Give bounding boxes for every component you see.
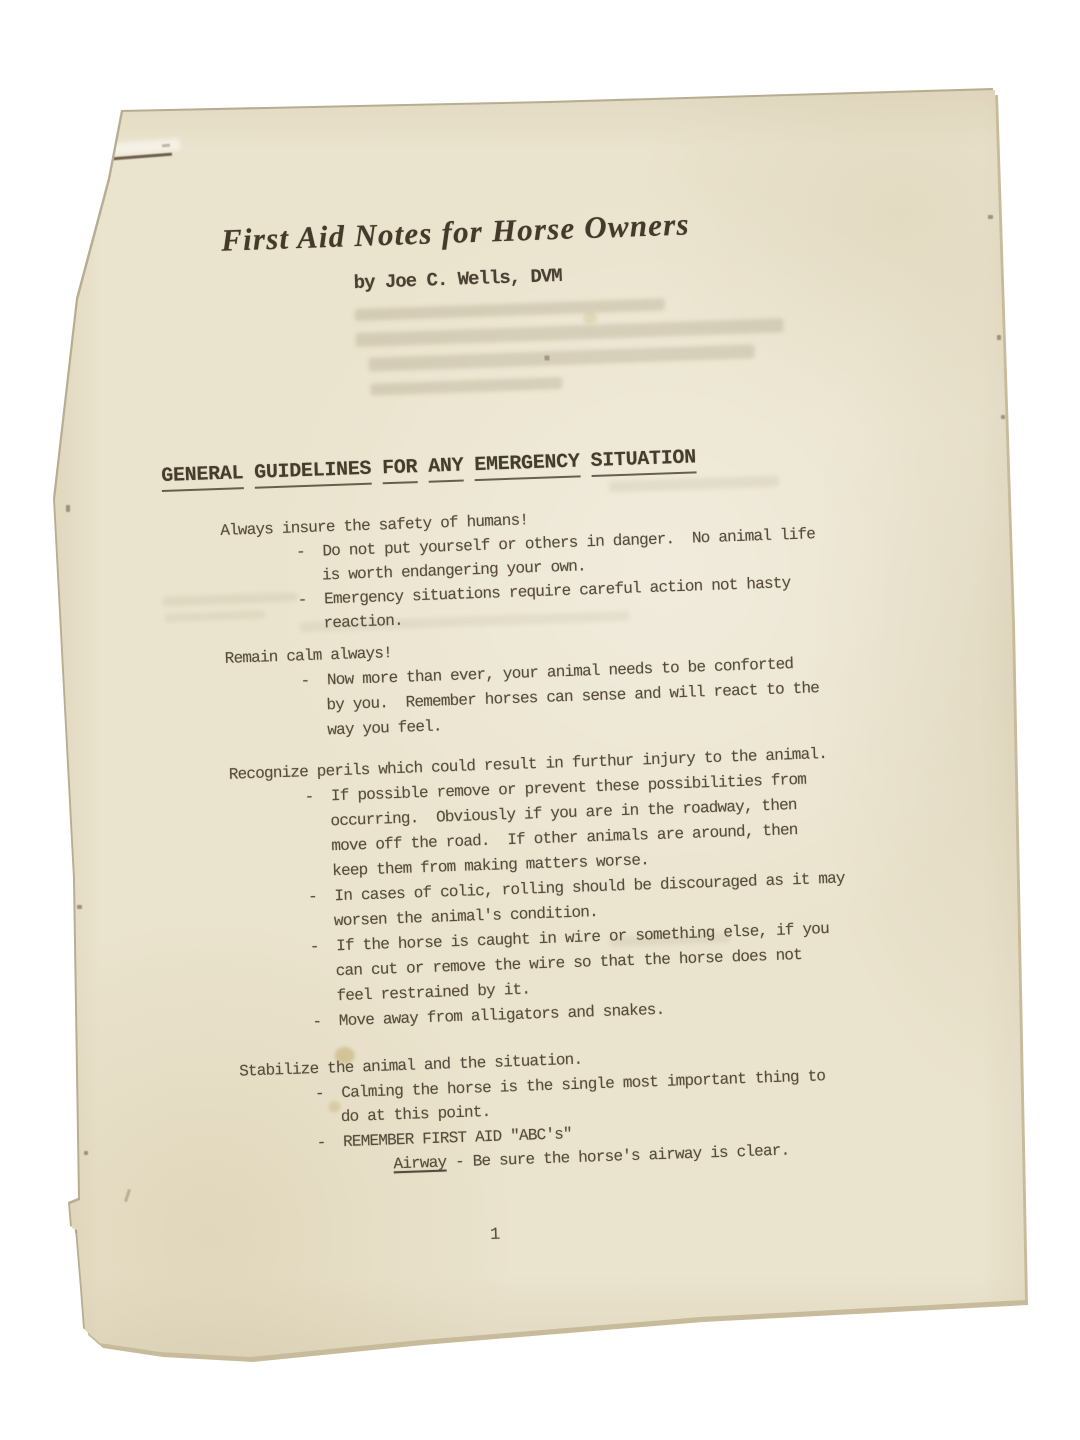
document-page: First Aid Notes for Horse Owners by Joe … (50, 85, 1040, 1365)
heading-word: FOR (382, 456, 418, 484)
bleedthrough-mark (355, 318, 783, 347)
bleedthrough-mark (355, 298, 665, 321)
bleedthrough-mark (609, 475, 779, 492)
text-line: - REMEMBER FIRST AID "ABC's" (316, 1125, 572, 1152)
photo-background: First Aid Notes for Horse Owners by Joe … (0, 0, 1080, 1440)
text-line: feel restrained by it. (336, 980, 530, 1005)
bleedthrough-mark (165, 610, 265, 621)
text-line: is worth endangering your own. (322, 557, 587, 584)
heading-word: EMERGENCY (474, 450, 580, 481)
document-title: First Aid Notes for Horse Owners (221, 206, 691, 258)
bleedthrough-mark (163, 592, 298, 606)
document-byline: by Joe C. Wells, DVM (353, 265, 562, 294)
heading-word: SITUATION (590, 446, 696, 477)
bleedthrough-mark (370, 377, 562, 396)
body-text: Always insure the safety of humans!- Do … (35, 57, 1024, 92)
bleedthrough-mark (368, 344, 754, 371)
stain (328, 1101, 340, 1112)
heading-word: GENERAL (161, 462, 244, 492)
page-content: First Aid Notes for Horse Owners by Joe … (35, 57, 1069, 1371)
text-line: way you feel. (327, 717, 442, 739)
text-line: Always insure the safety of humans! (220, 511, 529, 540)
text-line: keep them from making matters worse. (332, 851, 649, 880)
text-line: - Move away from alligators and snakes. (312, 1001, 664, 1031)
page-number: 1 (490, 1226, 501, 1245)
text-line: reaction. (323, 612, 403, 633)
underlined-word: Airway (393, 1153, 446, 1173)
text-line: Remain calm always! (224, 644, 392, 668)
text-line: do at this point. (341, 1103, 491, 1126)
stain (583, 312, 597, 324)
ink-dot (544, 355, 549, 360)
heading-word: ANY (428, 454, 464, 482)
text-line: worsen the animal's condition. (334, 903, 599, 930)
heading-word: GUIDELINES (254, 458, 372, 489)
